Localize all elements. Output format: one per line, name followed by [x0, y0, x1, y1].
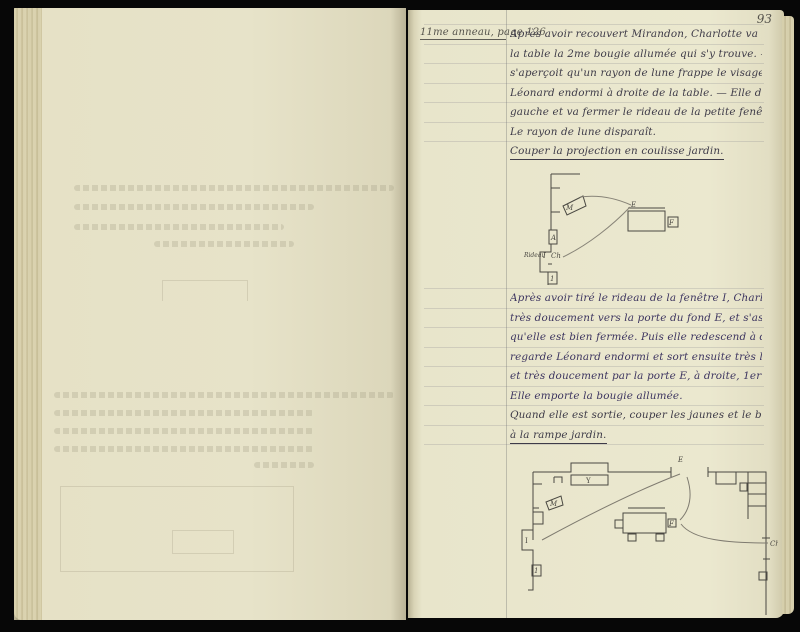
label-y: Y [585, 477, 591, 485]
stage-diagram-2: Y E M I 1 F Ch [508, 450, 778, 615]
text-line: gauche et va fermer le rideau de la peti… [510, 103, 762, 123]
ghost-text-line [74, 204, 314, 210]
text-line: regarde Léonard endormi et sort ensuite … [510, 348, 762, 368]
label-ch: Ch [551, 252, 561, 260]
text-line: Le rayon de lune disparaît. [510, 123, 762, 143]
ghost-text-line [154, 241, 294, 247]
text-line: Après avoir tiré le rideau de la fenêtre… [510, 289, 762, 309]
page-number: 93 [757, 12, 772, 26]
label-e: E [630, 201, 636, 209]
label-window-i: I [542, 252, 546, 260]
ghost-text-line [54, 392, 394, 398]
label-ch-exit: Ch [770, 540, 778, 548]
text-line: qu'elle est bien fermée. Puis elle redes… [510, 328, 762, 348]
ghost-text-line [74, 224, 284, 230]
page-edges-stack [14, 8, 42, 620]
ghost-text-line [54, 410, 314, 416]
ghost-text-line [74, 185, 394, 191]
stage-diagram-1: M E F A Rideau I Ch 1 [508, 160, 688, 285]
ghost-text-line [54, 446, 314, 452]
cue-1: Couper la projection en coulisse jardin. [510, 144, 724, 160]
margin-note: 11me anneau, page 126 [420, 27, 506, 40]
ghost-text-line [254, 462, 314, 468]
paragraph-1: Après avoir recouvert Mirandon, Charlott… [510, 25, 762, 162]
text-line: très doucement vers la porte du fond E, … [510, 309, 762, 329]
label-e: E [677, 456, 683, 464]
paragraph-2: Après avoir tiré le rideau de la fenêtre… [510, 289, 762, 445]
label-1: 1 [550, 275, 554, 283]
text-line: Après avoir recouvert Mirandon, Charlott… [510, 25, 762, 45]
label-m: M [549, 500, 558, 508]
label-a: A [550, 234, 556, 242]
text-line: Léonard endormi à droite de la table. — … [510, 84, 762, 104]
text-line: Elle emporte la bougie allumée. [510, 387, 762, 407]
ghost-diagram [162, 280, 248, 301]
label-1: 1 [534, 567, 538, 575]
page-edges-stack [782, 16, 794, 614]
ghost-text-line [54, 428, 314, 434]
text-line: Quand elle est sortie, couper les jaunes… [510, 406, 762, 426]
text-line: et très doucement par la porte E, à droi… [510, 367, 762, 387]
text-line: la table la 2me bougie allumée qui s'y t… [510, 45, 762, 65]
right-page: 93 11me anneau, page 126 Après avoir rec… [408, 10, 784, 618]
ghost-diagram [60, 486, 294, 572]
cue-2: à la rampe jardin. [510, 428, 607, 444]
label-f: F [668, 219, 675, 227]
left-page [14, 8, 406, 620]
label-m: M [565, 204, 574, 212]
label-window-i: I [525, 537, 528, 545]
ghost-diagram [172, 530, 234, 554]
text-line: s'aperçoit qu'un rayon de lune frappe le… [510, 64, 762, 84]
book-spread: 93 11me anneau, page 126 Après avoir rec… [0, 0, 800, 632]
